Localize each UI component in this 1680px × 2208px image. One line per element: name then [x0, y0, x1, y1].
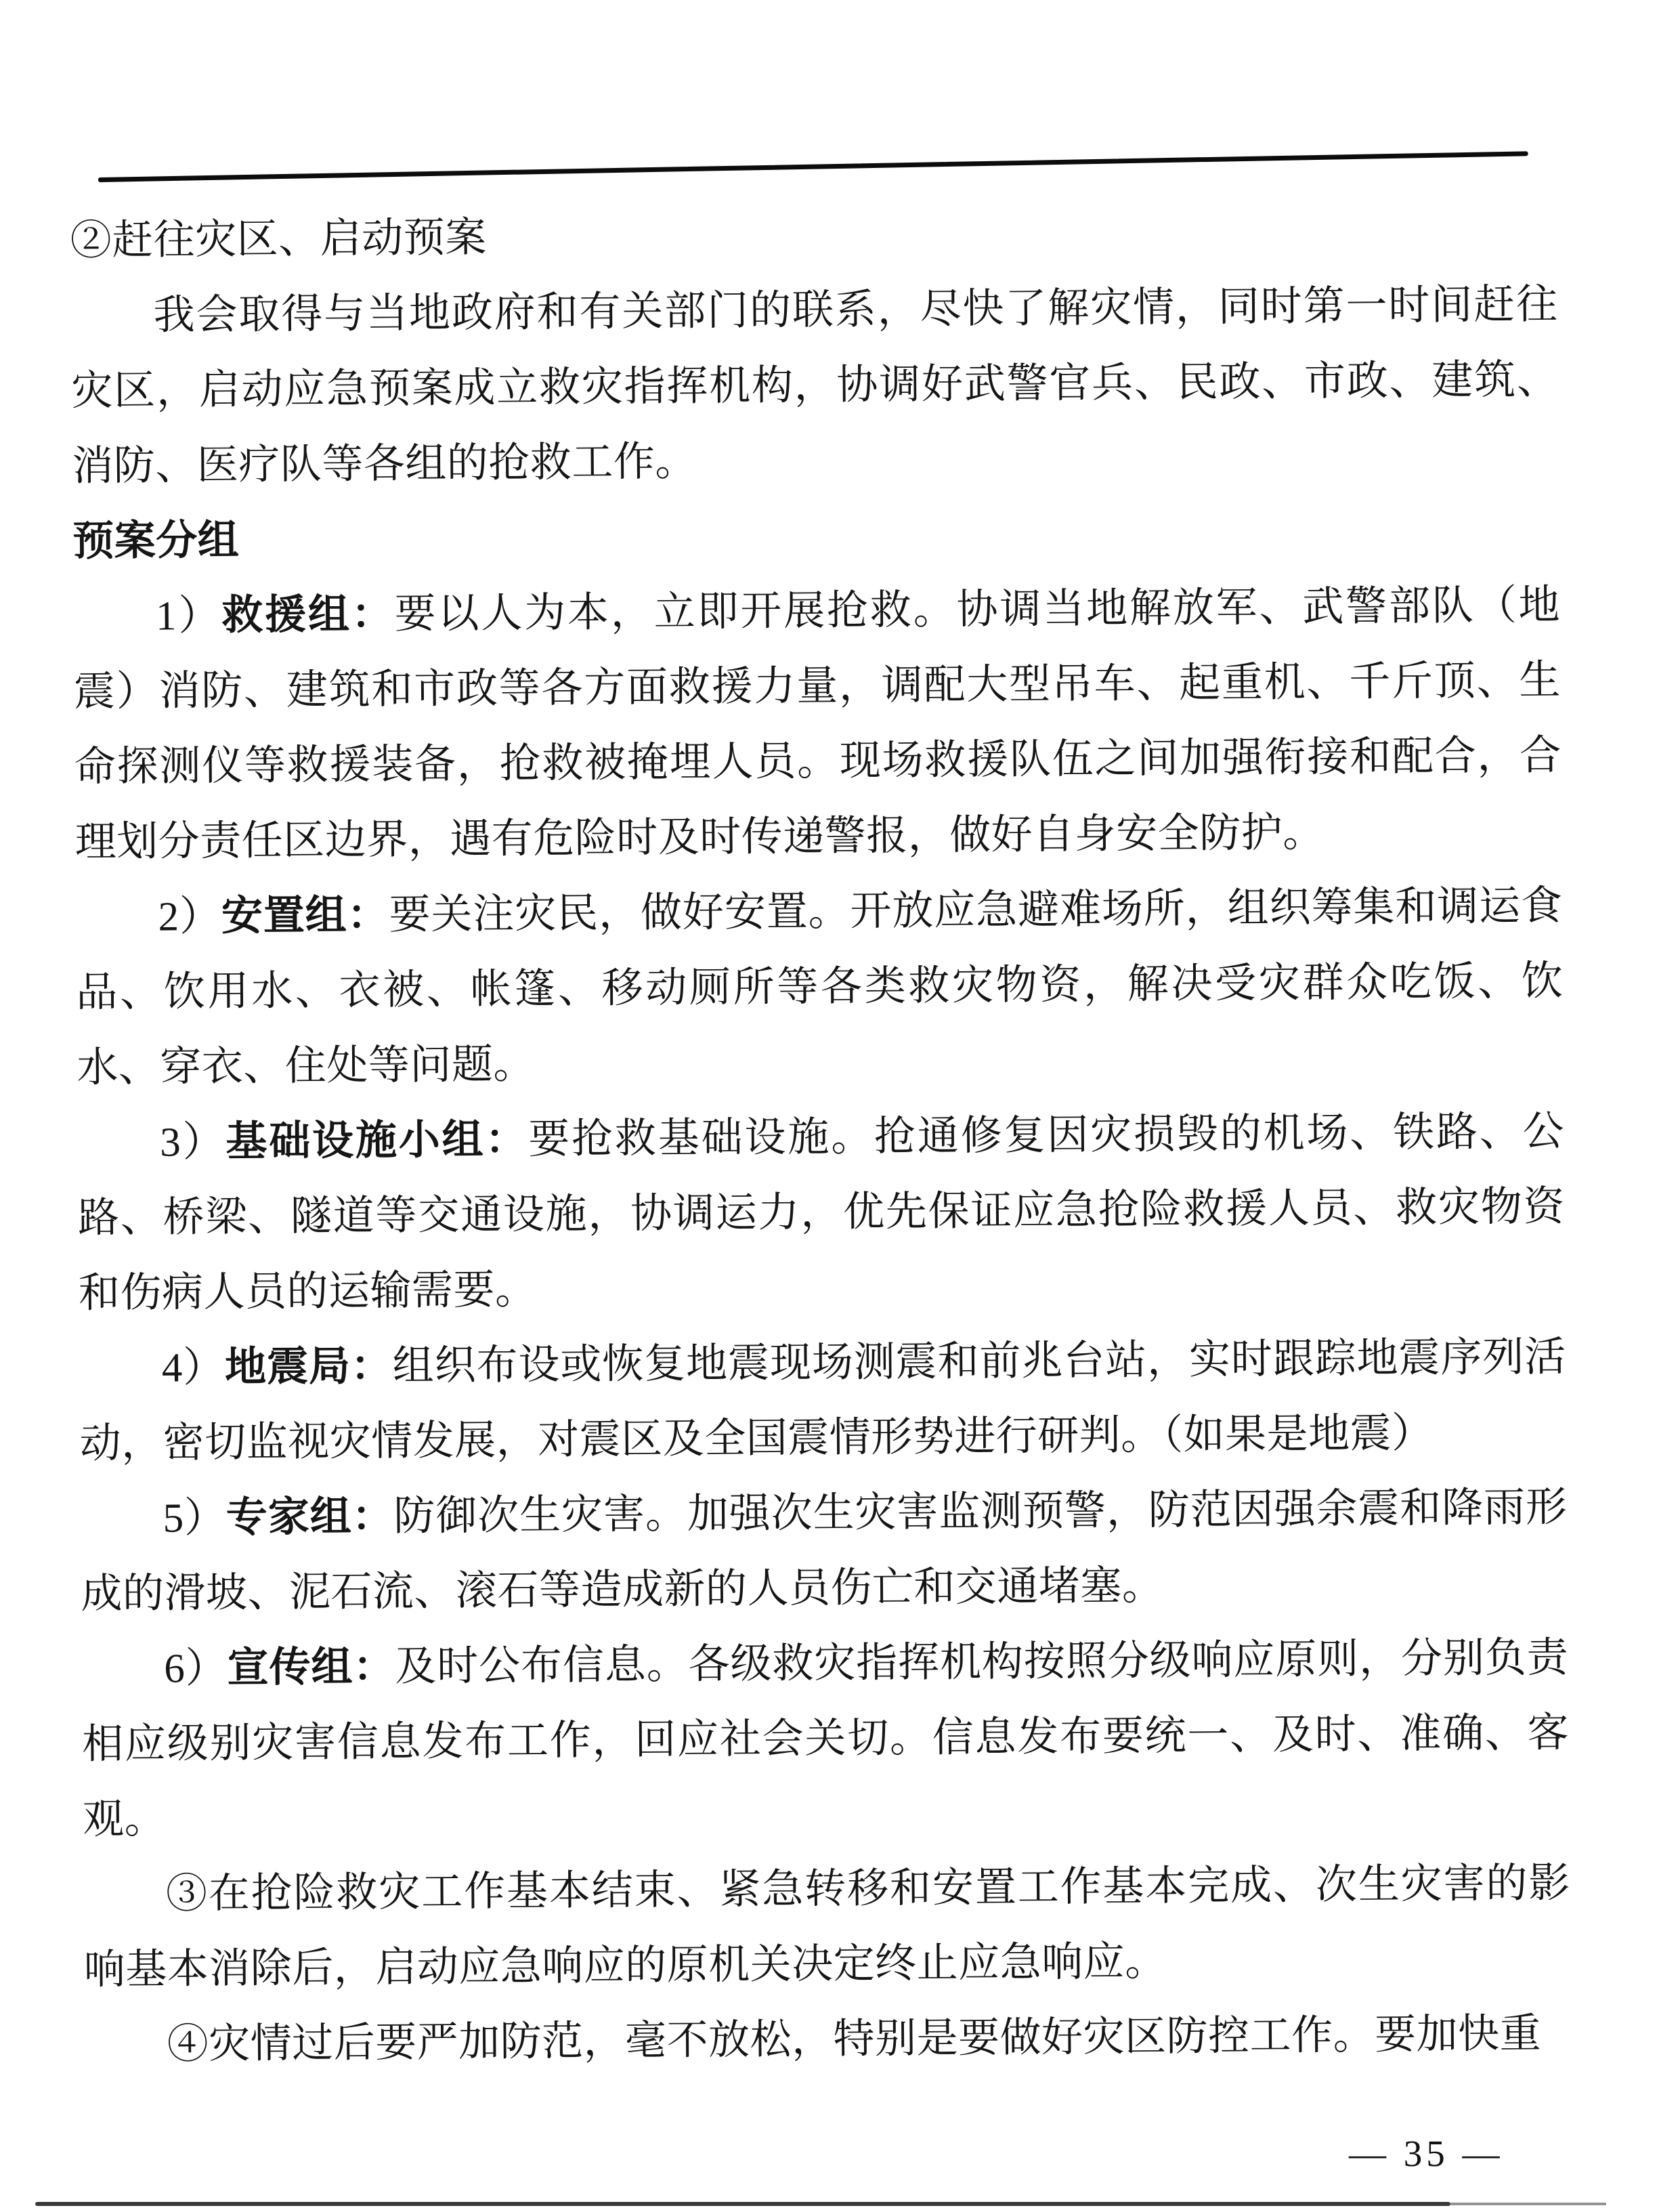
document-page: ②赶往灾区、启动预案 我会取得与当地政府和有关部门的联系，尽快了解灾情，同时第一…	[0, 0, 1680, 2208]
plan-group-heading: 预案分组	[72, 492, 1560, 579]
scan-edge-artifact	[35, 2202, 1450, 2206]
page-number: — 35 —	[1349, 2132, 1504, 2175]
group-name: 专家组：	[226, 1494, 394, 1541]
plan-group-item: 1）救援组：要以人为本，立即开展抢救。协调当地解放军、武警部队（地震）消防、建筑…	[73, 568, 1562, 880]
group-number: 5）	[163, 1495, 226, 1542]
group-number: 3）	[160, 1120, 226, 1166]
plan-group-item: 3）基础设施小组：要抢救基础设施。抢通修复因灾损毁的机场、铁路、公路、桥梁、隧道…	[77, 1094, 1566, 1331]
closing-paragraph: ③在抢险救灾工作基本结束、紧急转移和安置工作基本完成、次生灾害的影响基本消除后，…	[83, 1846, 1571, 2008]
group-number: 6）	[164, 1646, 228, 1692]
intro-paragraph: 我会取得与当地政府和有关部门的联系，尽快了解灾情，同时第一时间赶往灾区，启动应急…	[70, 267, 1559, 504]
group-number: 1）	[156, 593, 222, 639]
group-name: 宣传组：	[227, 1644, 395, 1691]
page-top-rule	[98, 151, 1528, 182]
group-name: 救援组：	[221, 592, 395, 639]
document-content: ②赶往灾区、启动预案 我会取得与当地政府和有关部门的联系，尽快了解灾情，同时第一…	[70, 192, 1572, 2083]
closing-paragraph: ④灾情过后要严加防范，毫不放松，特别是要做好灾区防控工作。要加快重	[84, 1996, 1572, 2083]
scan-edge-artifact	[1450, 2203, 1606, 2205]
group-name: 地震局：	[225, 1344, 393, 1390]
group-name: 安置组：	[221, 893, 389, 939]
group-name: 基础设施小组：	[225, 1117, 528, 1165]
plan-group-item: 5）专家组：防御次生灾害。加强次生灾害监测预警，防范因强余震和降雨形成的滑坡、泥…	[80, 1470, 1568, 1632]
plan-group-item: 2）安置组：要关注灾民，做好安置。开放应急避难场所，组织筹集和调运食品、饮用水、…	[75, 868, 1564, 1105]
plan-group-item: 6）宣传组：及时公布信息。各级救灾指挥机构按照分级响应原则，分别负责相应级别灾害…	[81, 1620, 1570, 1857]
plan-group-item: 4）地震局：组织布设或恢复地震现场测震和前兆台站，实时跟踪地震序列活动，密切监视…	[79, 1319, 1567, 1481]
section-heading: ②赶往灾区、启动预案	[70, 192, 1557, 278]
group-number: 4）	[162, 1345, 225, 1391]
group-number: 2）	[158, 894, 221, 940]
